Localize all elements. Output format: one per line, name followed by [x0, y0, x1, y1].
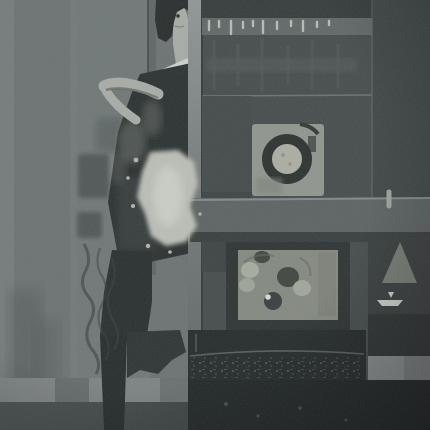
vignette: [0, 0, 430, 430]
photo-canvas: [0, 0, 430, 430]
photograph: [0, 0, 430, 430]
